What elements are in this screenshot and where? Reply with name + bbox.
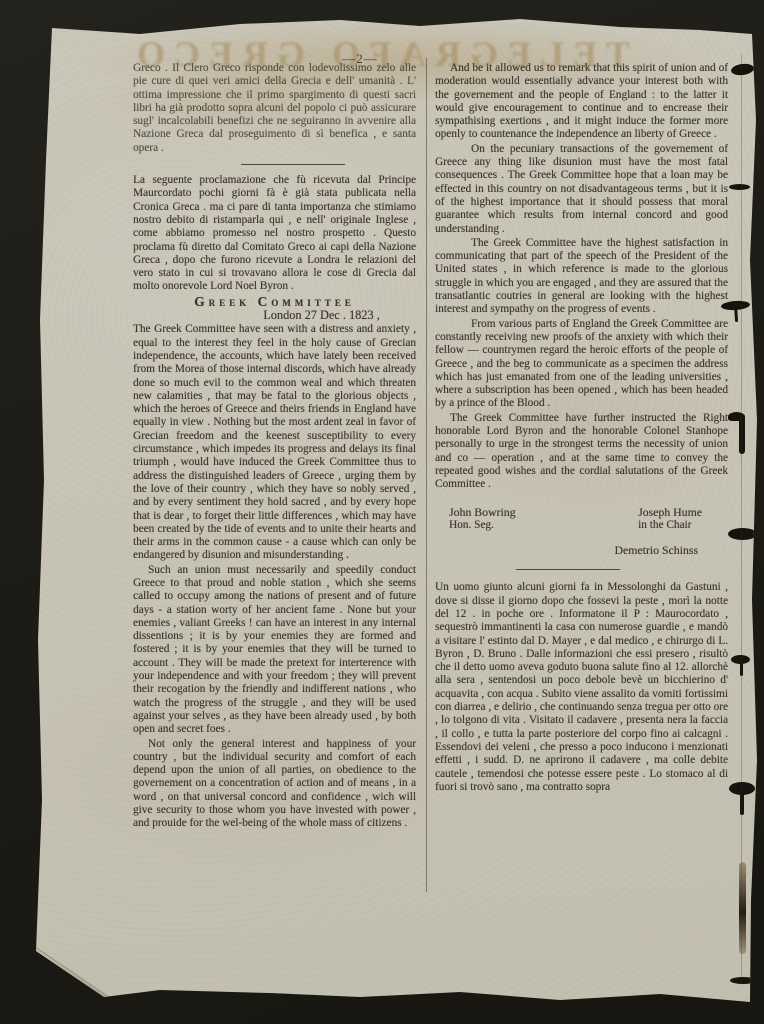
stitch-mark — [730, 977, 756, 984]
scanned-newspaper-page: TELEGRAFO GRECO —2— Greco . Il Clero Gre… — [0, 0, 764, 1024]
section-divider-rule — [241, 164, 345, 165]
fold-crease-line — [32, 945, 109, 997]
paragraph-english-2: Such an union must necessarily and speed… — [133, 564, 416, 737]
stitch-mark — [728, 528, 757, 540]
paragraph-english-3: Not only the general interest and happin… — [133, 738, 416, 831]
paragraph-italian-2: La seguente proclamazione che fù ricevut… — [133, 174, 416, 294]
column-divider-rule — [426, 58, 427, 892]
signature-witness-name: Demetrio Schinss — [435, 544, 728, 557]
stitch-mark — [739, 414, 745, 454]
paragraph-italian-3: Un uomo giunto alcuni giorni fa in Messo… — [435, 581, 728, 794]
paragraph-italian-1: Greco . Il Clero Greco risponde con lode… — [133, 62, 416, 155]
stitch-mark — [729, 184, 750, 190]
signature-chair-name: Joseph Hume — [638, 506, 702, 519]
paragraph-english-1: The Greek Committee have seen with a dis… — [133, 323, 416, 562]
paragraph-english-5: On the pecuniary transactions of the gov… — [435, 143, 728, 236]
paragraph-english-7: From various parts of England the Greek … — [435, 318, 728, 411]
signature-secretary: John Bowring Hon. Seg. — [449, 506, 516, 533]
signature-secretary-name: John Bowring — [449, 506, 516, 519]
signature-chair: Joseph Hume in the Chair — [638, 506, 702, 533]
signature-secretary-title: Hon. Seg. — [449, 519, 516, 532]
paragraph-english-8: The Greek Committee have further instruc… — [435, 412, 728, 492]
greek-committee-heading: Greek Committee — [133, 295, 416, 308]
stitch-mark — [721, 300, 751, 311]
paragraph-english-4: And be it allowed us to remark that this… — [435, 62, 728, 142]
signature-chair-title: in the Chair — [638, 519, 702, 532]
dark-backdrop: TELEGRAFO GRECO —2— Greco . Il Clero Gre… — [0, 0, 764, 1024]
dateline: London 27 Dec . 1823 , — [133, 309, 416, 322]
right-column: And be it allowed us to remark that this… — [435, 62, 728, 795]
left-column: Greco . Il Clero Greco risponde con lode… — [133, 62, 416, 832]
paragraph-english-6: The Greek Committee have the highest sat… — [435, 237, 728, 317]
section-divider-rule — [516, 569, 620, 570]
binding-crease-line — [741, 55, 742, 985]
stitch-mark — [730, 63, 754, 77]
stitch-mark — [729, 782, 755, 795]
signature-block: John Bowring Hon. Seg. Joseph Hume in th… — [435, 506, 728, 533]
photograph-background: { "page": { "number": "—2—", "bleedthrou… — [0, 0, 764, 1024]
